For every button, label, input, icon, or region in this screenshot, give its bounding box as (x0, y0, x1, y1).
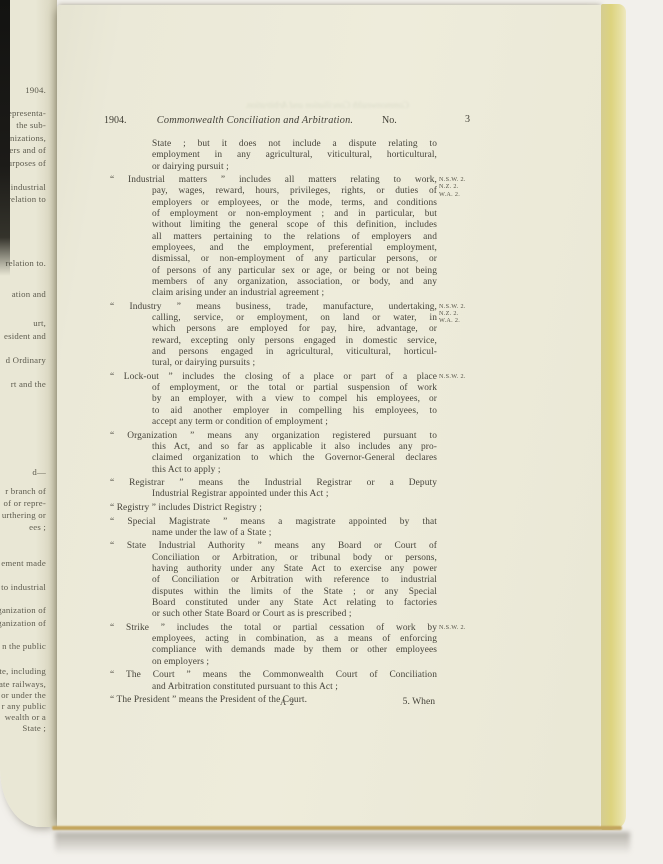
margin-note: N.S.W. 2. (439, 624, 485, 631)
text-line: of employment or non-employment ; and in… (152, 209, 437, 220)
previous-page-text-fragment: to industrial (1, 582, 46, 592)
margin-note-line: W.A. 2. (439, 317, 485, 324)
paragraph: “ Lock-out ” includes the closing of a p… (110, 372, 437, 428)
previous-page-text-fragment: ers and of (9, 145, 46, 155)
previous-page-text-fragment: or under the (1, 690, 46, 700)
book-spine-shadow (0, 0, 10, 276)
previous-page-text-fragment: ganization of (0, 605, 46, 615)
text-line: name under the law of a State ; (152, 528, 437, 539)
page-footer: A 2 5. When (110, 696, 437, 708)
page-number: 3 (465, 114, 470, 125)
text-line: State ; but it does not include a disput… (152, 139, 437, 150)
previous-page-text-fragment: n the public (2, 641, 46, 651)
previous-page-text-fragment: industrial (11, 182, 46, 192)
margin-note-line: N.Z. 2. (439, 310, 485, 317)
text-line: Board constituted under any State Act re… (152, 598, 437, 609)
text-line: members of any organization, association… (152, 277, 437, 288)
paragraph: “ Registry ” includes District Registry … (110, 503, 437, 514)
previous-page-text-fragment: epresenta- (8, 108, 46, 118)
paragraph: State ; but it does not include a disput… (110, 139, 437, 173)
margin-note-line: N.S.W. 2. (439, 624, 485, 631)
text-line: reward, excepting only persons engaged i… (152, 336, 437, 347)
paragraph: “ The Court ” means the Commonwealth Cou… (110, 670, 437, 693)
text-line: on employers ; (152, 657, 437, 668)
paragraph: “ Special Magistrate ” means a magistrat… (110, 517, 437, 540)
text-line: Conciliation or Arbitration, or tribunal… (152, 553, 437, 564)
text-line: of employment, or the total or partial s… (152, 383, 437, 394)
show-through-text: Commonwealth Conciliation and Arbitratio… (207, 100, 447, 110)
previous-page-text-fragment: ees ; (29, 522, 46, 532)
document-page: Commonwealth Conciliation and Arbitratio… (57, 5, 603, 828)
previous-page-text-fragment: relation to (8, 194, 46, 204)
text-line: “ Special Magistrate ” means a magistrat… (110, 517, 437, 528)
text-line: “ State Industrial Authority ” means any… (110, 541, 437, 552)
page-fore-edge (601, 4, 626, 830)
previous-page-text-fragment: urthering or (2, 510, 46, 520)
margin-note: N.S.W. 2. (439, 373, 485, 380)
text-line: tural, or dairying pursuits ; (152, 358, 437, 369)
text-line: and Arbitration constituted pursuant to … (152, 682, 437, 693)
text-line: Industrial Registrar appointed under thi… (152, 489, 437, 500)
margin-note-line: N.S.W. 2. (439, 373, 485, 380)
previous-page-text-fragment: relation to. (5, 258, 46, 268)
previous-page-text-fragment: the sub- (16, 120, 46, 130)
margin-note-line: N.Z. 2. (439, 183, 485, 190)
header-title: Commonwealth Conciliation and Arbitratio… (154, 115, 356, 126)
text-line: accept any term or condition of employme… (152, 417, 437, 428)
text-line: or such other State Board or Court as is… (152, 609, 437, 620)
text-line: “ Strike ” includes the total or partial… (110, 623, 437, 634)
catchword: 5. When (403, 696, 435, 707)
text-line: by an employer, with a view to compel hi… (152, 394, 437, 405)
text-line: of persons of any particular sex or age,… (152, 266, 437, 277)
text-line: which persons are employed for pay, hire… (152, 324, 437, 335)
paragraph: “ Registrar ” means the Industrial Regis… (110, 478, 437, 501)
definitions-body: State ; but it does not include a disput… (110, 139, 437, 707)
previous-page-text-fragment: r any public (2, 701, 46, 711)
text-line: “ Lock-out ” includes the closing of a p… (110, 372, 437, 383)
text-line: employment in any agricultural, viticult… (152, 150, 437, 161)
text-line: “ Registry ” includes District Registry … (110, 503, 437, 514)
margin-note-line: N.S.W. 2. (439, 176, 485, 183)
previous-page-text-fragment: State ; (22, 723, 46, 733)
text-line: compliance with demands made by them or … (152, 645, 437, 656)
text-line: claim arising under an industrial agreem… (152, 288, 437, 299)
paragraph: “ Industrial matters ” includes all matt… (110, 175, 437, 299)
text-line: this Act to apply ; (152, 465, 437, 476)
text-line: “ Industry ” means business, trade, manu… (110, 302, 437, 313)
previous-page-text-fragment: r branch of (5, 486, 46, 496)
previous-page-text-fragment: nizations, (10, 133, 46, 143)
text-line: or dairying pursuit ; (152, 162, 437, 173)
previous-page-text-fragment: d— (32, 467, 46, 477)
previous-page-text-fragment: urposes of (8, 158, 46, 168)
previous-page-text-fragment: d Ordinary (6, 355, 46, 365)
text-line: calling, service, or employment, on land… (152, 313, 437, 324)
header-year: 1904. (104, 115, 127, 126)
previous-page-text-fragment: ement made (1, 558, 46, 568)
previous-page-text-fragment: of or repre- (4, 498, 46, 508)
previous-page-text-fragment: urt, (33, 318, 46, 328)
previous-page-text-fragment: wealth or a (5, 712, 46, 722)
previous-page-text-fragment: ate railways, (0, 679, 46, 689)
text-line: employees, acting in combination, as a m… (152, 634, 437, 645)
paragraph: “ Strike ” includes the total or partial… (110, 623, 437, 668)
text-line: this Act, and so far as applicable it al… (152, 442, 437, 453)
text-line: and persons engaged in agricultural, vit… (152, 347, 437, 358)
printers-signature: A 2 (280, 697, 295, 707)
text-line: to aid another employer in compelling hi… (152, 406, 437, 417)
text-line: pay, wages, reward, hours, privileges, r… (152, 186, 437, 197)
margin-note-line: N.S.W. 2. (439, 303, 485, 310)
text-line: “ Industrial matters ” includes all matt… (110, 175, 437, 186)
margin-note: N.S.W. 2.N.Z. 2.W.A. 2. (439, 176, 485, 198)
text-line: without limiting the general scope of th… (152, 220, 437, 231)
text-line: “ The Court ” means the Commonwealth Cou… (110, 670, 437, 681)
paragraph: “ State Industrial Authority ” means any… (110, 541, 437, 620)
text-line: “ Organization ” means any organization … (110, 431, 437, 442)
page-bottom-deckle-edge (52, 826, 622, 830)
previous-page-text-fragment: rganization of (0, 618, 46, 628)
text-line: of Conciliation or Arbitration with refe… (152, 575, 437, 586)
paragraph: “ Industry ” means business, trade, manu… (110, 302, 437, 370)
page-shadow (55, 832, 630, 854)
text-line: employers or employees, or the mode, ter… (152, 198, 437, 209)
paragraph: “ Organization ” means any organization … (110, 431, 437, 476)
previous-page-text-fragment: rt and the (11, 379, 46, 389)
text-line: dismissal, or non-employment of any part… (152, 254, 437, 265)
text-line: claimed organization to which the Govern… (152, 453, 437, 464)
scanned-book-photo: 1904.epresenta-the sub-nizations,ers and… (0, 0, 663, 864)
margin-note-line: W.A. 2. (439, 191, 485, 198)
text-line: all matters pertaining to the relations … (152, 232, 437, 243)
running-header: 1904. Commonwealth Conciliation and Arbi… (57, 115, 603, 129)
text-line: disputes within the limits of the State … (152, 587, 437, 598)
previous-page-text-fragment: 1904. (25, 85, 46, 95)
header-no-label: No. (382, 115, 397, 126)
text-line: “ Registrar ” means the Industrial Regis… (110, 478, 437, 489)
text-line: employees, and the employment, preferent… (152, 243, 437, 254)
previous-page-text-fragment: esident and (4, 331, 46, 341)
previous-page-text-fragment: ation and (12, 289, 46, 299)
previous-page-text-fragment: ate, including (0, 666, 46, 676)
margin-note: N.S.W. 2.N.Z. 2.W.A. 2. (439, 303, 485, 325)
text-line: having authority under any State Act to … (152, 564, 437, 575)
